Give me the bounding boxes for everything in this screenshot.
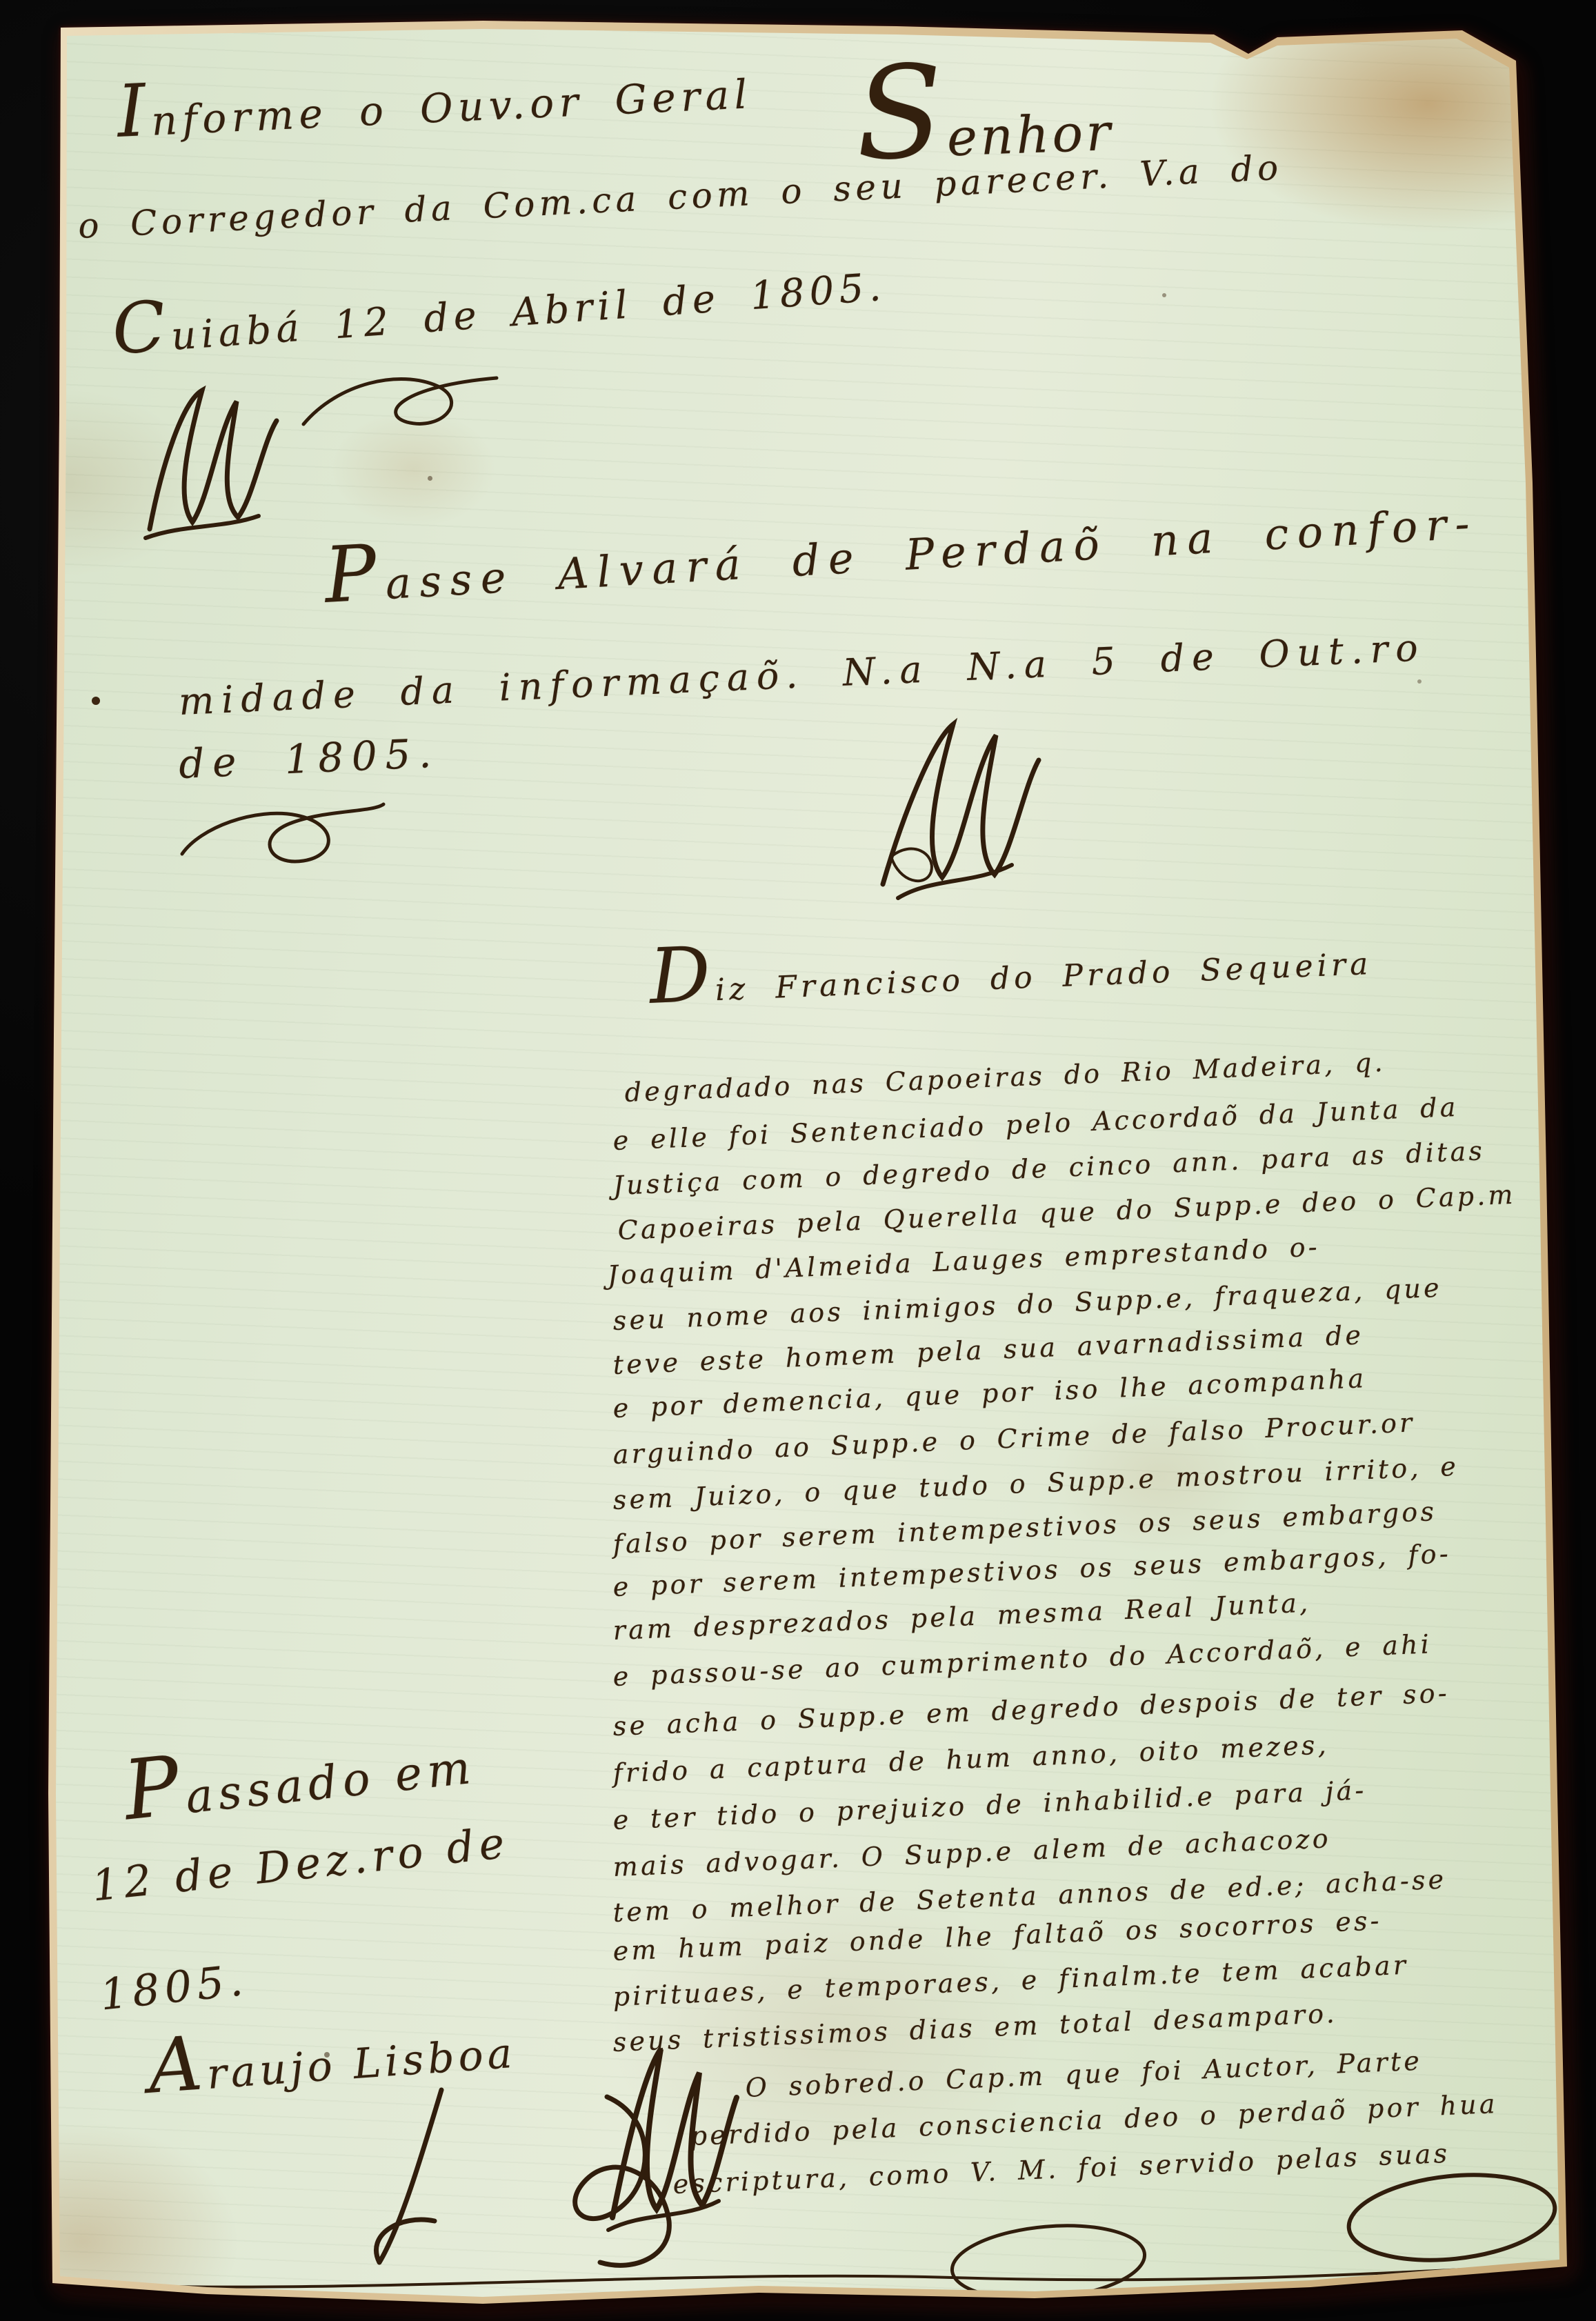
dispatch-line: Informe o Ouv.or Geral bbox=[116, 52, 753, 144]
petition-line: O sobred.o Cap.m que foi Auctor, Parte bbox=[745, 2048, 1423, 2102]
dispatch-line: o Corregedor da Com.ca com o seu parecer… bbox=[77, 150, 1284, 245]
order-line: midade da informaçaõ. N.a N.a 5 de Out.r… bbox=[178, 628, 1426, 722]
manuscript-photo: Informe o Ouv.or Geral Senhor o Correged… bbox=[0, 0, 1596, 2321]
salutation: Senhor bbox=[854, 54, 1115, 169]
rubric-flourish-icon bbox=[870, 712, 1077, 919]
rubric-flourish-icon bbox=[601, 2031, 746, 2238]
petition-line: frido a captura de hum anno, oito mezes, bbox=[612, 1731, 1330, 1788]
petition-line: Diz Francisco do Prado Sequeira bbox=[648, 917, 1373, 1009]
paper-surface: Informe o Ouv.or Geral Senhor o Correged… bbox=[0, 0, 1596, 2321]
ink-speck bbox=[1162, 293, 1166, 297]
margin-note-line: 1805. bbox=[98, 1958, 250, 2018]
paper-sheet: Informe o Ouv.or Geral Senhor o Correged… bbox=[0, 0, 1596, 2321]
dispatch-line: Cuiabá 12 de Abril de 1805. bbox=[110, 247, 887, 362]
rubric-flourish-icon bbox=[141, 381, 300, 546]
pen-flourish-icon bbox=[172, 779, 393, 890]
petition-line: escriptura, como V. M. foi servido pelas… bbox=[672, 2140, 1450, 2199]
ink-speck bbox=[428, 476, 432, 481]
petition-line: degradado nas Capoeiras do Rio Madeira, … bbox=[624, 1049, 1386, 1107]
ink-speck bbox=[1417, 679, 1422, 684]
order-line: Passe Alvará de Perdaõ na confor- bbox=[323, 479, 1479, 610]
order-line: de 1805. bbox=[178, 733, 440, 786]
margin-note-line: Passado em bbox=[121, 1721, 478, 1828]
ink-speck bbox=[1345, 1786, 1349, 1791]
pen-flourish-icon bbox=[297, 359, 503, 448]
ink-speck bbox=[324, 2052, 330, 2058]
ink-speck bbox=[92, 697, 100, 705]
